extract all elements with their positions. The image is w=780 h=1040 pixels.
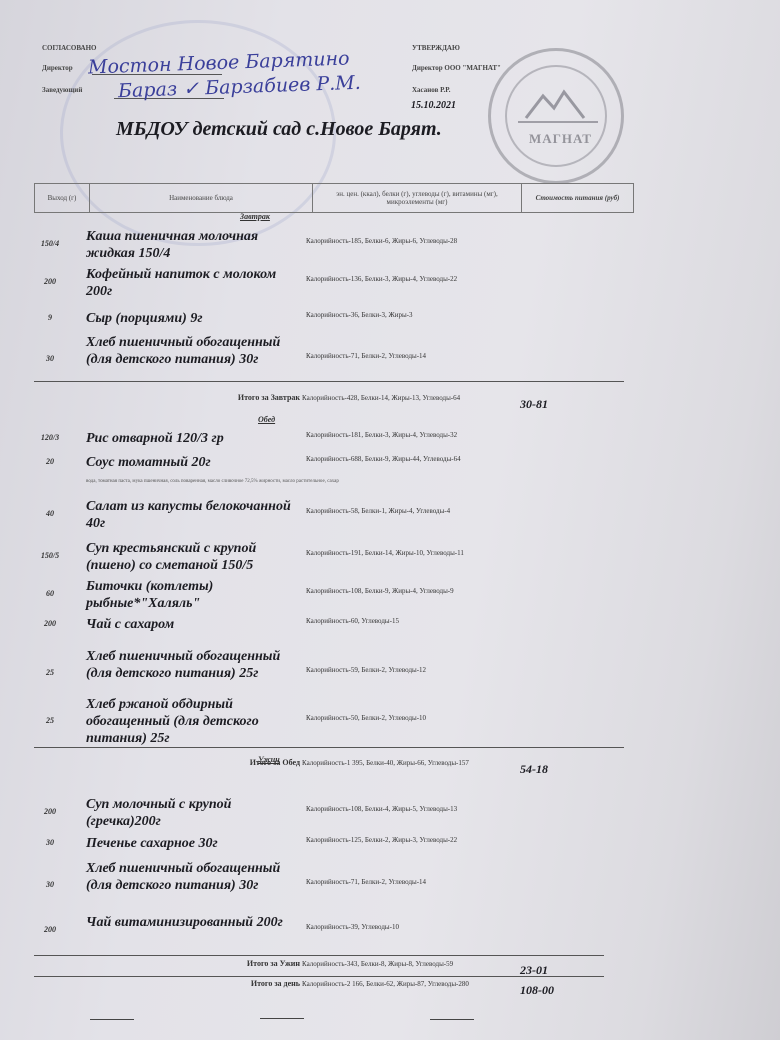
table-header: Выход (г) Наименование блюда эн. цен. (к…: [34, 183, 634, 213]
menu-document: СОГЛАСОВАНО Директор Заведующий Мостон Н…: [0, 0, 780, 1040]
item-nutrition: Калорийность-181, Белки-3, Жиры-4, Углев…: [306, 430, 506, 440]
item-name: Хлеб пшеничный обогащенный (для детского…: [86, 860, 301, 894]
item-quantity: 9: [30, 313, 70, 322]
meal-total-nutrition: Калорийность-1 395, Белки-40, Жиры-66, У…: [302, 758, 502, 768]
item-nutrition: Калорийность-58, Белки-1, Жиры-4, Углево…: [306, 506, 506, 516]
item-nutrition: Калорийность-688, Белки-9, Жиры-44, Угле…: [306, 454, 506, 464]
meal-total-cost: 30-81: [520, 397, 548, 412]
item-name: Хлеб ржаной обдирный обогащенный (для де…: [86, 696, 301, 747]
blank-line-1: [90, 1019, 134, 1020]
meal-total-label: Итого за Завтрак: [238, 393, 300, 402]
item-nutrition: Калорийность-39, Углеводы-10: [306, 922, 506, 932]
item-quantity: 60: [30, 589, 70, 598]
item-name: Сыр (порциями) 9г: [86, 310, 301, 327]
menu-item-row: 30Хлеб пшеничный обогащенный (для детско…: [0, 334, 640, 386]
director-label-left: Директор: [42, 64, 73, 72]
stamp-text: МАГНАТ: [529, 131, 592, 147]
meal-total-cost: 54-18: [520, 762, 548, 777]
col-header-name: Наименование блюда: [90, 184, 313, 213]
meal-total-nutrition: Калорийность-428, Белки-14, Жиры-13, Угл…: [302, 393, 502, 403]
menu-item-row: 40Салат из капусты белокочанной 40гКалор…: [0, 498, 640, 532]
blank-line-3: [430, 1019, 474, 1020]
menu-item-row: 150/5Суп крестьянский с крупой (пшено) с…: [0, 540, 640, 574]
menu-item-row: 25Хлеб ржаной обдирный обогащенный (для …: [0, 696, 640, 748]
item-name: Хлеб пшеничный обогащенный (для детского…: [86, 648, 301, 682]
section-divider: [34, 381, 624, 382]
day-total-label: Итого за день: [251, 979, 300, 988]
item-name: Салат из капусты белокочанной 40г: [86, 498, 301, 532]
item-name: Хлеб пшеничный обогащенный (для детского…: [86, 334, 301, 368]
item-nutrition: Калорийность-108, Белки-4, Жиры-5, Углев…: [306, 804, 506, 814]
item-quantity: 200: [30, 925, 70, 934]
meal-total-row: Итого за ОбедКалорийность-1 395, Белки-4…: [0, 758, 640, 782]
item-name: Печенье сахарное 30г: [86, 835, 301, 852]
approver-name: Хасанов Р.Р.: [412, 86, 450, 94]
company-stamp: МАГНАТ: [488, 48, 624, 184]
menu-item-row: 200Суп молочный с крупой (гречка)200гКал…: [0, 796, 640, 830]
item-quantity: 40: [30, 509, 70, 518]
menu-item-row: 200Чай витаминизированный 200гКалорийнос…: [0, 914, 640, 948]
meal-section-title: Ужин: [258, 755, 280, 764]
meal-section-title: Завтрак: [240, 212, 270, 221]
approved-label: УТВЕРЖДАЮ: [412, 44, 460, 52]
menu-item-row: 30Печенье сахарное 30гКалорийность-125, …: [0, 835, 640, 853]
menu-item-row: 20Соус томатный 20гКалорийность-688, Бел…: [0, 454, 640, 472]
col-header-qty: Выход (г): [35, 184, 90, 213]
item-quantity: 120/3: [30, 433, 70, 442]
day-total-cost: 108-00: [520, 983, 554, 998]
item-name: Соус томатный 20г: [86, 454, 301, 471]
item-nutrition: Калорийность-50, Белки-2, Углеводы-10: [306, 713, 506, 723]
item-quantity: 150/4: [30, 239, 70, 248]
item-nutrition: Калорийность-185, Белки-6, Жиры-6, Углев…: [306, 236, 506, 246]
section-divider: [34, 976, 604, 977]
item-name: Биточки (котлеты) рыбные*"Халяль": [86, 578, 301, 612]
item-name: Чай витаминизированный 200г: [86, 914, 301, 931]
item-quantity: 30: [30, 838, 70, 847]
approval-date: 15.10.2021: [411, 100, 456, 111]
item-ingredients-note: вода, томатная паста, мука пшеничная, со…: [86, 478, 446, 486]
menu-item-row: 9Сыр (порциями) 9гКалорийность-36, Белки…: [0, 310, 640, 328]
item-name: Суп молочный с крупой (гречка)200г: [86, 796, 301, 830]
item-name: Кофейный напиток с молоком 200г: [86, 266, 301, 300]
item-nutrition: Калорийность-136, Белки-3, Жиры-4, Углев…: [306, 274, 506, 284]
col-header-cost: Стоимость питания (руб): [522, 184, 634, 213]
menu-item-row: 150/4Каша пшеничная молочная жидкая 150/…: [0, 228, 640, 262]
item-nutrition: Калорийность-59, Белки-2, Углеводы-12: [306, 665, 506, 675]
item-quantity: 25: [30, 716, 70, 725]
item-nutrition: Калорийность-191, Белки-14, Жиры-10, Угл…: [306, 548, 506, 558]
agreed-label: СОГЛАСОВАНО: [42, 44, 97, 52]
day-total-nutrition: Калорийность-2 166, Белки-62, Жиры-87, У…: [302, 979, 502, 989]
item-name: Суп крестьянский с крупой (пшено) со сме…: [86, 540, 301, 574]
menu-item-row: 200Кофейный напиток с молоком 200гКалори…: [0, 266, 640, 300]
menu-item-row: 200Чай с сахаромКалорийность-60, Углевод…: [0, 616, 640, 634]
meal-section-title: Обед: [258, 415, 275, 424]
item-name: Каша пшеничная молочная жидкая 150/4: [86, 228, 301, 262]
meal-total-row: Итого за ЗавтракКалорийность-428, Белки-…: [0, 393, 640, 417]
menu-item-row: 120/3Рис отварной 120/3 грКалорийность-1…: [0, 430, 640, 448]
item-quantity: 20: [30, 457, 70, 466]
item-nutrition: Калорийность-71, Белки-2, Углеводы-14: [306, 877, 506, 887]
section-divider: [34, 747, 624, 748]
col-header-nutrition: эн. цен. (ккал), белки (г), углеводы (г)…: [313, 184, 522, 213]
item-nutrition: Калорийность-125, Белки-2, Жиры-3, Углев…: [306, 835, 506, 845]
head-label: Заведующий: [42, 86, 82, 94]
day-total-row: Итого за деньКалорийность-2 166, Белки-6…: [0, 979, 640, 1003]
item-quantity: 200: [30, 619, 70, 628]
item-nutrition: Калорийность-60, Углеводы-15: [306, 616, 506, 626]
meal-total-label: Итого за Ужин: [247, 959, 300, 968]
mountain-icon: [488, 48, 618, 178]
menu-item-row: 60Биточки (котлеты) рыбные*"Халяль"Калор…: [0, 578, 640, 612]
item-quantity: 30: [30, 880, 70, 889]
item-nutrition: Калорийность-71, Белки-2, Углеводы-14: [306, 351, 506, 361]
item-nutrition: Калорийность-108, Белки-9, Жиры-4, Углев…: [306, 586, 506, 596]
section-divider: [34, 955, 604, 956]
meal-total-nutrition: Калорийность-343, Белки-8, Жиры-8, Углев…: [302, 959, 502, 969]
page-title: МБДОУ детский сад с.Новое Барят.: [116, 118, 442, 141]
item-nutrition: Калорийность-36, Белки-3, Жиры-3: [306, 310, 506, 320]
item-quantity: 25: [30, 668, 70, 677]
item-quantity: 200: [30, 807, 70, 816]
item-name: Рис отварной 120/3 гр: [86, 430, 301, 447]
item-quantity: 150/5: [30, 551, 70, 560]
item-quantity: 30: [30, 354, 70, 363]
menu-item-row: 30Хлеб пшеничный обогащенный (для детско…: [0, 860, 640, 912]
item-name: Чай с сахаром: [86, 616, 301, 633]
blank-line-2: [260, 1018, 304, 1019]
menu-item-row: 25Хлеб пшеничный обогащенный (для детско…: [0, 648, 640, 700]
item-quantity: 200: [30, 277, 70, 286]
